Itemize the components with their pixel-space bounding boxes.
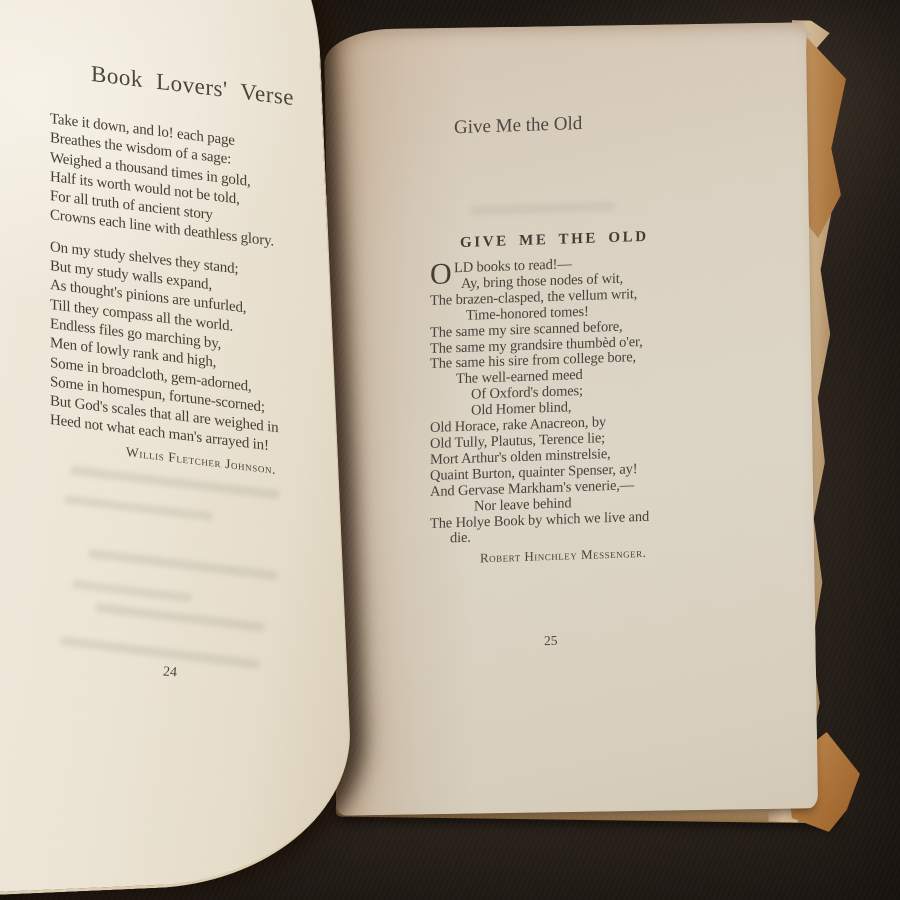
drop-cap: O [430,258,452,291]
page-number-left: 24 [162,665,177,682]
open-book-photo: Give Me the Old GIVE ME THE OLD O LD boo… [0,0,900,900]
stanza-2: On my study shelves they stand; But my s… [50,238,335,465]
left-page-text: Book Lovers' Verse Take it down, and lo!… [50,56,335,485]
page-number-right: 25 [544,633,558,649]
right-page-text: Give Me the Old GIVE ME THE OLD O LD boo… [430,108,730,568]
poem-body: O LD books to read!— Ay, bring those nod… [430,252,730,548]
stanza-1: Take it down, and lo! each page Breathes… [50,110,335,260]
poem-title: GIVE ME THE OLD [460,226,730,252]
